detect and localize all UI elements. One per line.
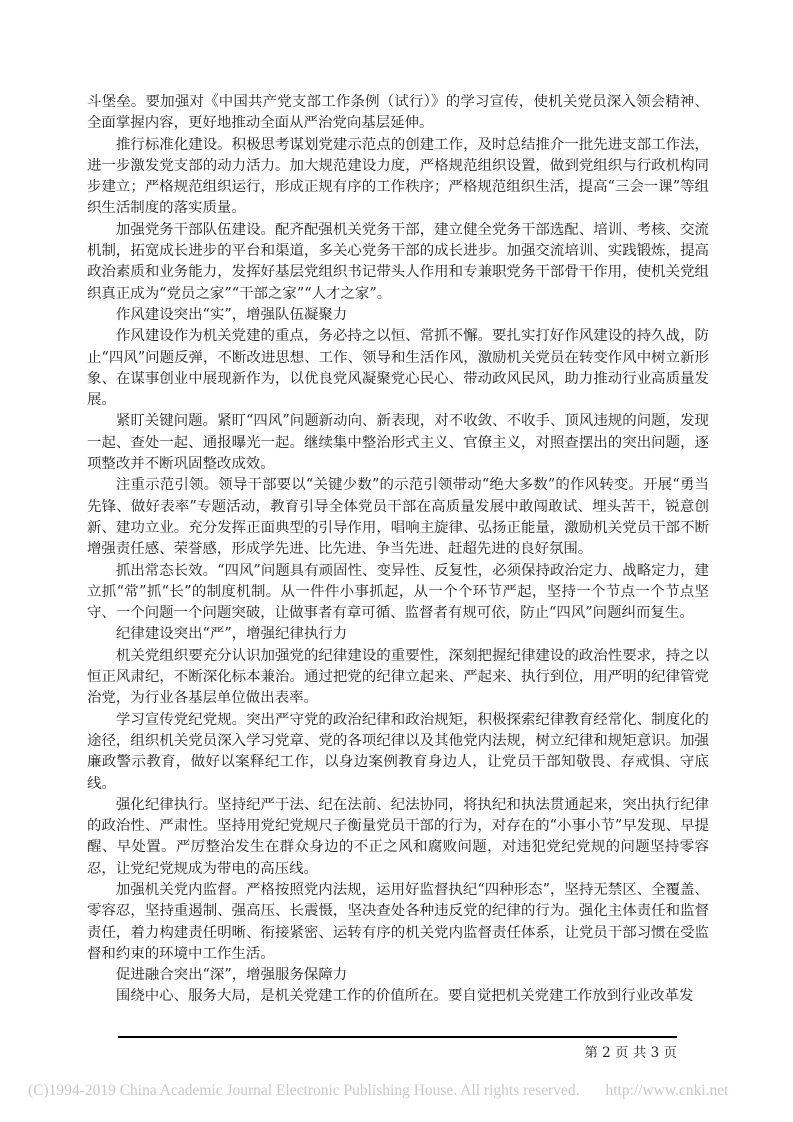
body-paragraph: 强化纪律执行。坚持纪严于法、纪在法前、纪法协同，将执纪和执法贯通起来，突出执行纪… xyxy=(87,795,709,880)
page-number: 第 2 页 共 3 页 xyxy=(118,1041,677,1061)
body-paragraph: 围绕中心、服务大局，是机关党建工作的价值所在。要自觉把机关党建工作放到行业改革发 xyxy=(87,986,709,1007)
body-paragraph: 加强机关党内监督。严格按照党内法规，运用好监督执纪“四种形态”，坚持无禁区、全覆… xyxy=(87,880,709,965)
footer-divider xyxy=(118,1036,677,1038)
copyright-url: http://www.cnki.net xyxy=(605,1082,728,1099)
section-heading: 作风建设突出“实”，增强队伍凝聚力 xyxy=(87,305,709,326)
section-heading: 纪律建设突出“严”，增强纪律执行力 xyxy=(87,624,709,645)
document-body: 斗堡垒。要加强对《中国共产党支部工作条例（试行）》的学习宣传，使机关党员深入领会… xyxy=(87,92,709,1008)
body-paragraph: 作风建设作为机关党建的重点，务必持之以恒、常抓不懈。要扎实打好作风建设的持久战，… xyxy=(87,326,709,411)
body-paragraph: 加强党务干部队伍建设。配齐配强机关党务干部，建立健全党务干部选配、培训、考核、交… xyxy=(87,220,709,305)
body-paragraph: 学习宣传党纪党规。突出严守党的政治纪律和政治规矩，积极探索纪律教育经常化、制度化… xyxy=(87,710,709,795)
body-paragraph: 推行标准化建设。积极思考谋划党建示范点的创建工作，及时总结推介一批先进支部工作法… xyxy=(87,135,709,220)
body-paragraph: 紧盯关键问题。紧盯“四风”问题新动向、新表现，对不收敛、不收手、顶风违规的问题，… xyxy=(87,411,709,475)
pdf-page: 斗堡垒。要加强对《中国共产党支部工作条例（试行）》的学习宣传，使机关党员深入领会… xyxy=(0,0,793,1122)
copyright-watermark: (C)1994-2019 China Academic Journal Elec… xyxy=(28,1082,768,1100)
section-heading: 促进融合突出“深”，增强服务保障力 xyxy=(87,965,709,986)
body-paragraph: 机关党组织要充分认识加强党的纪律建设的重要性，深刻把握纪律建设的政治性要求，持之… xyxy=(87,646,709,710)
body-paragraph: 注重示范引领。领导干部要以“关键少数”的示范引领带动“绝大多数”的作风转变。开展… xyxy=(87,475,709,560)
copyright-text: (C)1994-2019 China Academic Journal Elec… xyxy=(28,1082,579,1099)
body-paragraph: 斗堡垒。要加强对《中国共产党支部工作条例（试行）》的学习宣传，使机关党员深入领会… xyxy=(87,92,709,135)
body-paragraph: 抓出常态长效。“四风”问题具有顽固性、变异性、反复性，必须保持政治定力、战略定力… xyxy=(87,561,709,625)
